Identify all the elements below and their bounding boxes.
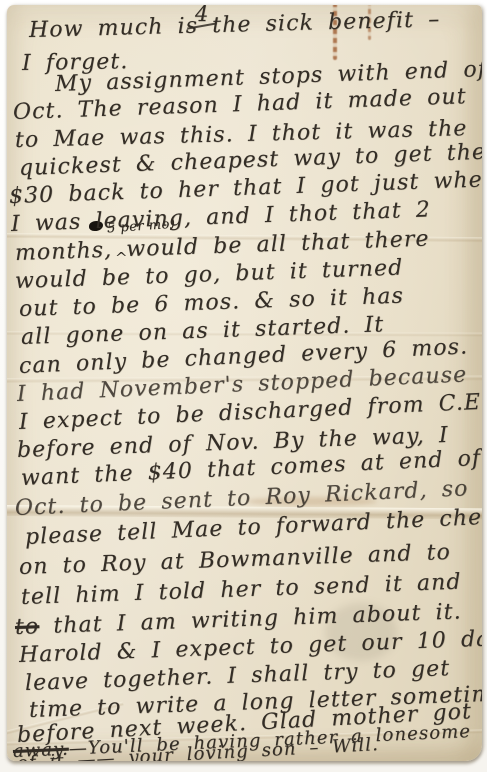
letter-body: How much is the sick benefit –I forget.M… <box>7 5 482 761</box>
struck-text: to <box>15 614 40 640</box>
handwritten-line: How much is the sick benefit – <box>29 8 441 42</box>
scan-background: 4 5 per mo) ^ How much is the sick benef… <box>0 0 487 772</box>
letter-paper: 4 5 per mo) ^ How much is the sick benef… <box>7 5 482 761</box>
line-text: How much is the sick benefit – <box>29 7 441 43</box>
